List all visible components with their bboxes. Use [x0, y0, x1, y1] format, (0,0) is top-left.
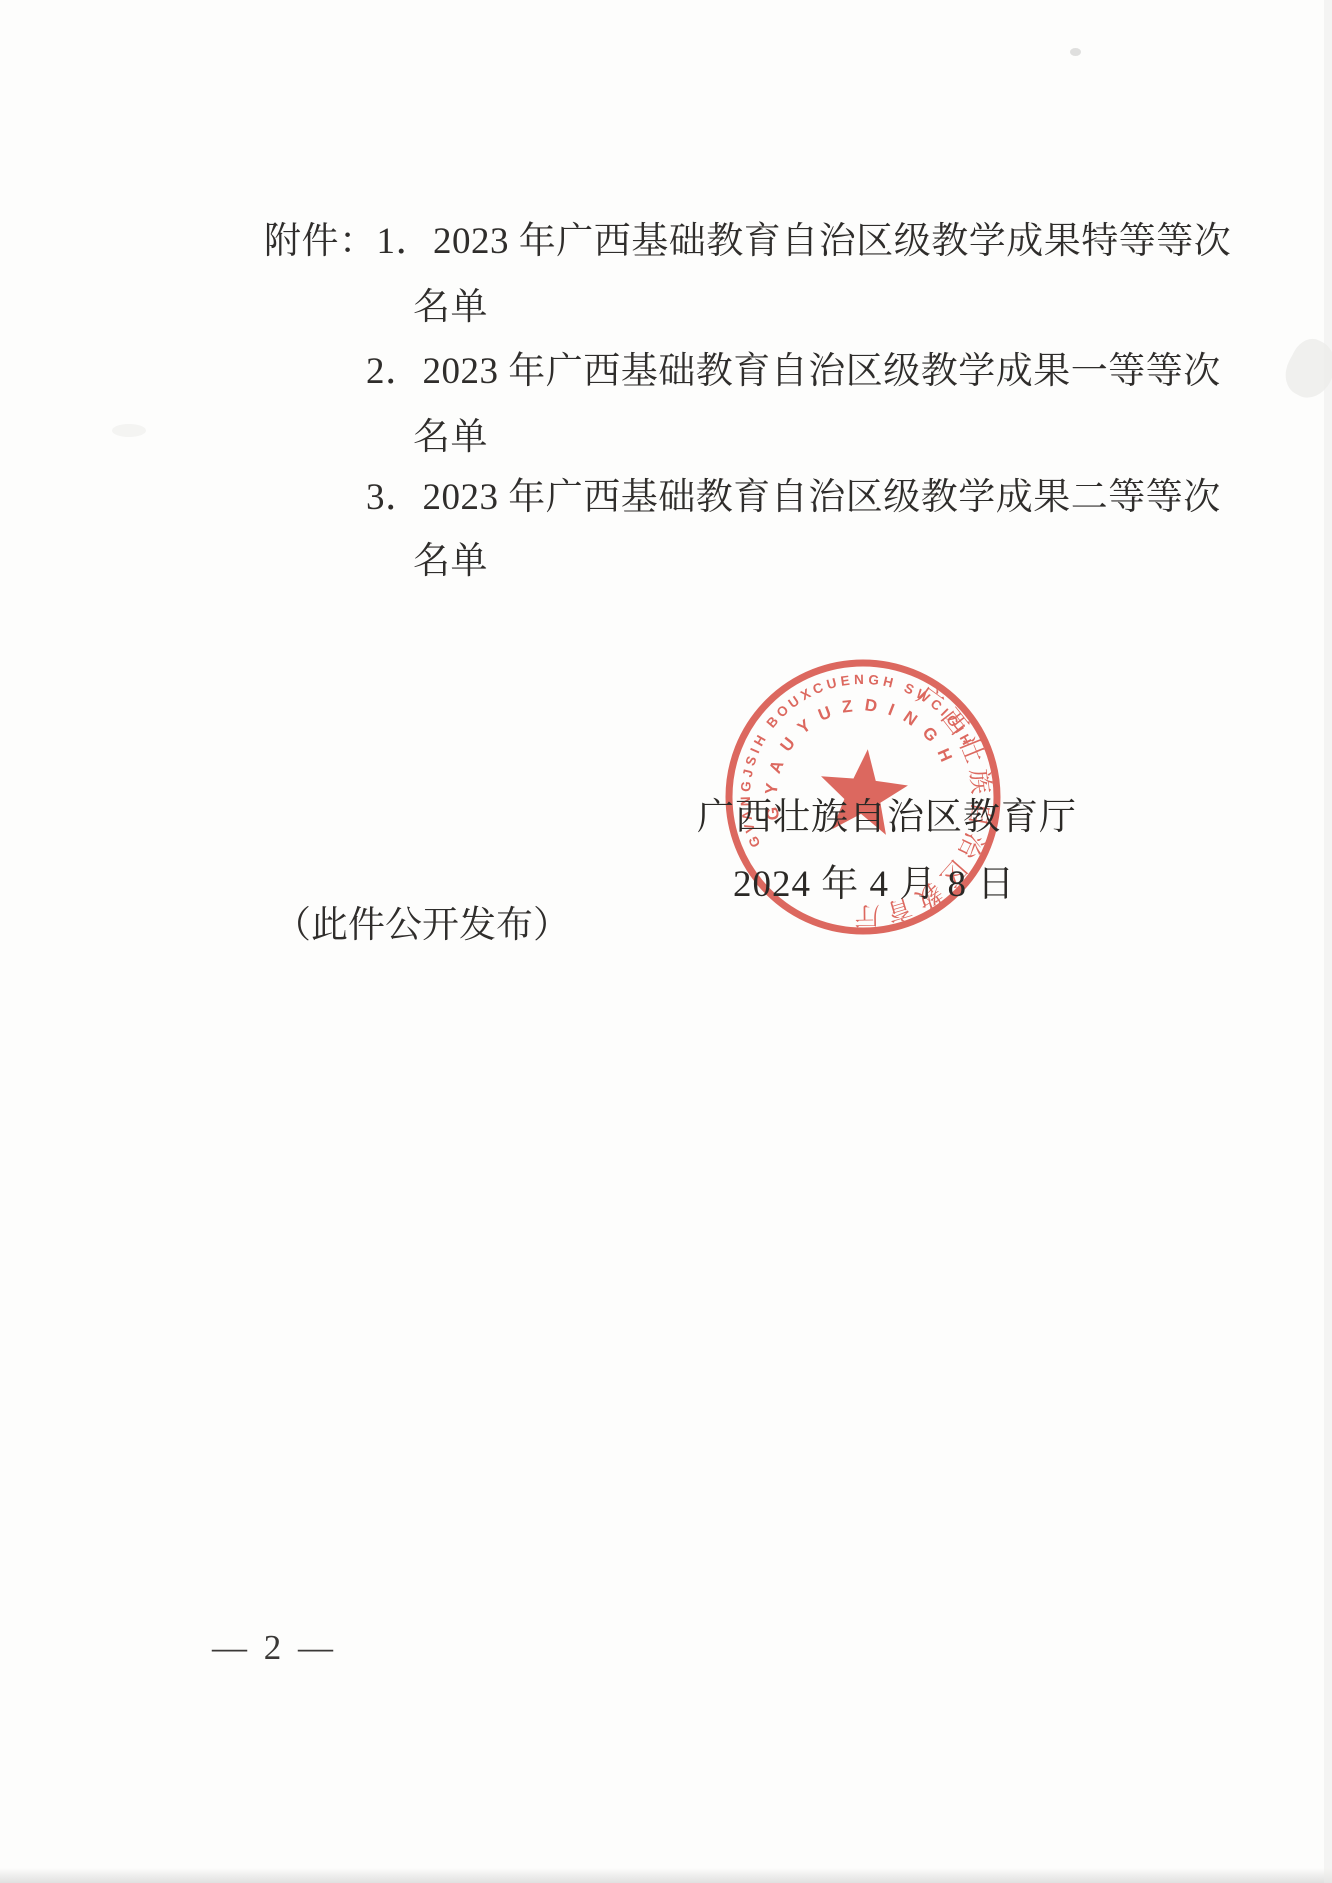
attachment-1-title-cont: 名单	[413, 286, 488, 330]
issue-date: 2024 年 4 月 8 日	[733, 853, 1015, 907]
attachment-line-2: 2．2023 年广西基础教育自治区级教学成果一等等次	[366, 350, 1221, 394]
attachment-3-number: 3．	[366, 477, 423, 518]
scan-artifact-smudge	[112, 424, 146, 437]
page-number: — 2 —	[212, 1628, 337, 1668]
issuing-authority: 广西壮族自治区教育厅	[697, 786, 1077, 840]
attachment-3-title-cont: 名单	[413, 540, 488, 584]
scan-artifact-dot	[1070, 48, 1081, 56]
scanned-document-page: GVANGJSIH BOUXCUENGH SWCIGIH 广西壮族自治区教育厅 …	[0, 0, 1332, 1883]
public-release-note: （此件公开发布）	[274, 904, 570, 948]
attachment-2-title-cont: 名单	[413, 416, 488, 460]
attachment-label: 附件：	[264, 221, 377, 262]
attachment-line-3: 3．2023 年广西基础教育自治区级教学成果二等等次	[366, 476, 1221, 520]
attachment-2-title: 2023 年广西基础教育自治区级教学成果一等等次	[423, 351, 1221, 392]
attachment-line-1: 附件：1．2023 年广西基础教育自治区级教学成果特等等次	[264, 220, 1231, 264]
attachment-3-title: 2023 年广西基础教育自治区级教学成果二等等次	[423, 477, 1221, 518]
scan-artifact-smudge	[1277, 333, 1332, 406]
scan-artifact-band	[0, 1868, 1332, 1883]
attachment-1-number: 1．	[377, 221, 434, 262]
attachment-2-number: 2．	[366, 351, 423, 392]
scan-artifact-edge	[1324, 0, 1332, 1883]
attachment-1-title: 2023 年广西基础教育自治区级教学成果特等等次	[433, 221, 1231, 262]
